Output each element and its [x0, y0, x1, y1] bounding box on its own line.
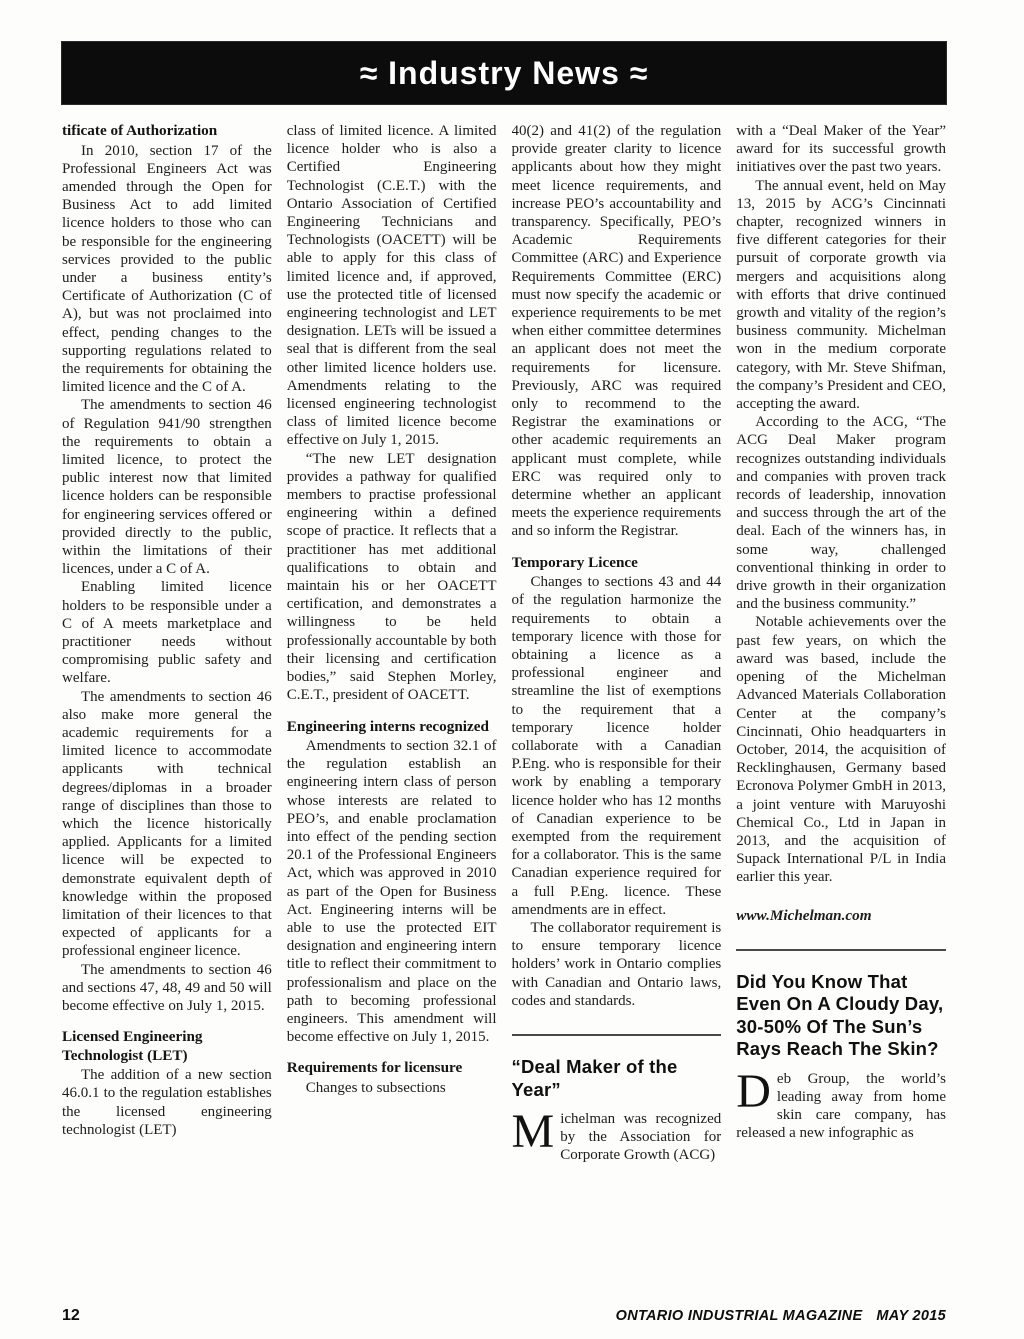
paragraph: Enabling limited licence holders to be r…: [62, 578, 272, 687]
page-footer: 12 ONTARIO INDUSTRIAL MAGAZINEMAY 2015: [62, 1307, 946, 1325]
paragraph: The annual event, held on May 13, 2015 b…: [736, 177, 946, 414]
paragraph: “The new LET designation provides a path…: [287, 450, 497, 705]
issue-date: MAY 2015: [876, 1308, 946, 1324]
magazine-name: ONTARIO INDUSTRIAL MAGAZINE: [616, 1308, 863, 1324]
article-subheading: Requirements for licensure: [287, 1059, 497, 1078]
section-divider: [736, 949, 946, 951]
column-2: class of limited licence. A limited lice…: [287, 122, 497, 1301]
magazine-page: ≈ Industry News ≈ tificate of Authorizat…: [0, 0, 1024, 1339]
article-subheading: Licensed Engineering Technologist (LET): [62, 1028, 272, 1065]
column-1: tificate of AuthorizationIn 2010, sectio…: [62, 122, 272, 1301]
article-columns: tificate of AuthorizationIn 2010, sectio…: [62, 122, 946, 1301]
paragraph: class of limited licence. A limited lice…: [287, 122, 497, 450]
magazine-footer: ONTARIO INDUSTRIAL MAGAZINEMAY 2015: [616, 1308, 946, 1324]
dropcap-paragraph: Deb Group, the world’s leading away from…: [736, 1070, 946, 1143]
article-subheading: Temporary Licence: [512, 554, 722, 573]
article-subheading: Engineering interns recognized: [287, 718, 497, 737]
paragraph: The collaborator requirement is to ensur…: [512, 919, 722, 1010]
paragraph: Amendments to section 32.1 of the regula…: [287, 737, 497, 1046]
section-banner: ≈ Industry News ≈: [62, 42, 946, 104]
paragraph: The amendments to section 46 also make m…: [62, 688, 272, 961]
paragraph: The amendments to section 46 of Regulati…: [62, 396, 272, 578]
drop-cap-letter: D: [736, 1070, 777, 1110]
section-title: ≈ Industry News ≈: [360, 55, 649, 92]
column-4: with a “Deal Maker of the Year” award fo…: [736, 122, 946, 1301]
drop-cap-letter: M: [512, 1110, 561, 1150]
column-3: 40(2) and 41(2) of the regulation provid…: [512, 122, 722, 1301]
paragraph: According to the ACG, “The ACG Deal Make…: [736, 413, 946, 613]
paragraph: with a “Deal Maker of the Year” award fo…: [736, 122, 946, 177]
paragraph: In 2010, section 17 of the Professional …: [62, 142, 272, 397]
paragraph: The amendments to section 46 and section…: [62, 961, 272, 1016]
paragraph: Notable achievements over the past few y…: [736, 613, 946, 886]
article-subheading: tificate of Authorization: [62, 122, 272, 141]
section-divider: [512, 1034, 722, 1036]
paragraph: Changes to subsections: [287, 1079, 497, 1097]
article-title: “Deal Maker of the Year”: [512, 1056, 722, 1101]
paragraph: 40(2) and 41(2) of the regulation provid…: [512, 122, 722, 541]
web-address: www.Michelman.com: [736, 907, 946, 925]
dropcap-paragraph: Michelman was recognized by the Associat…: [512, 1110, 722, 1165]
article-title: Did You Know That Even On A Cloudy Day, …: [736, 971, 946, 1061]
page-number: 12: [62, 1307, 80, 1325]
paragraph: Changes to sections 43 and 44 of the reg…: [512, 573, 722, 919]
paragraph: The addition of a new section 46.0.1 to …: [62, 1066, 272, 1139]
